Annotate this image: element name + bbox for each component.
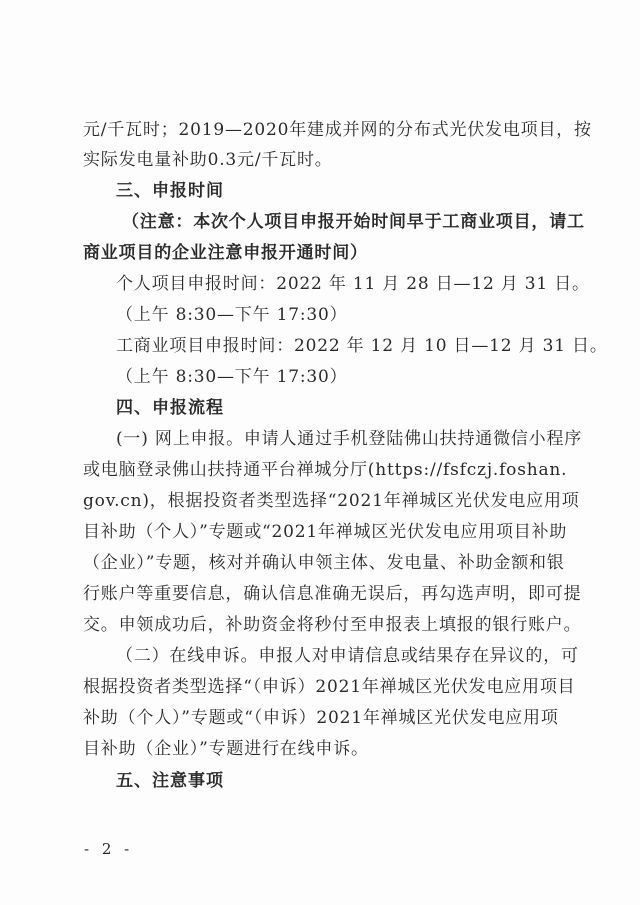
body-line: 行账户等重要信息，确认信息准确无误后，再勾选声明，即可提 xyxy=(83,583,561,605)
personal-apply-time: 个人项目申报时间：2022 年 11 月 28 日—12 月 31 日。 xyxy=(116,273,561,295)
section-heading-3: 三、申报时间 xyxy=(116,180,561,202)
page-number: - 2 - xyxy=(84,840,133,858)
body-line: 交。申领成功后，补助资金将秒付至申报表上填报的银行账户。 xyxy=(83,614,561,636)
body-line: （企业）”专题，核对并确认申领主体、发电量、补助金额和银 xyxy=(83,552,561,574)
body-line: (一) 网上申报。申请人通过手机登陆佛山扶持通微信小程序 xyxy=(116,428,561,450)
body-line: 目补助（个人）”专题或“2021年禅城区光伏发电应用项目补助 xyxy=(83,521,561,543)
body-line: 或电脑登录佛山扶持通平台禅城分厅(https://fsfczj.foshan. xyxy=(83,459,561,481)
body-line: gov.cn)，根据投资者类型选择“2021年禅城区光伏发电应用项 xyxy=(83,490,561,512)
body-line: 实际发电量补助0.3元/千瓦时。 xyxy=(83,149,561,171)
note-line: 商业项目的企业注意申报开通时间） xyxy=(83,242,561,264)
document-page: 元/千瓦时；2019—2020年建成并网的分布式光伏发电项目，按 实际发电量补助… xyxy=(0,0,640,905)
body-line: （二）在线申诉。申报人对申请信息或结果存在异议的，可 xyxy=(116,645,561,667)
section-heading-4: 四、申报流程 xyxy=(116,397,561,419)
business-apply-time: 工商业项目申报时间：2022 年 12 月 10 日—12 月 31 日。 xyxy=(116,335,561,357)
body-line: 元/千瓦时；2019—2020年建成并网的分布式光伏发电项目，按 xyxy=(83,119,561,141)
body-line: 根据投资者类型选择“（申诉）2021年禅城区光伏发电应用项目 xyxy=(83,676,561,698)
body-line: 目补助（企业）”专题进行在线申诉。 xyxy=(83,738,561,760)
note-line: （注意：本次个人项目申报开始时间早于工商业项目，请工 xyxy=(122,211,562,233)
body-line: 补助（个人）”专题或“（申诉）2021年禅城区光伏发电应用项 xyxy=(83,707,561,729)
section-heading-5: 五、注意事项 xyxy=(116,770,561,792)
business-apply-hours: （上午 8:30—下午 17:30） xyxy=(116,366,561,388)
personal-apply-hours: （上午 8:30—下午 17:30） xyxy=(116,304,561,326)
